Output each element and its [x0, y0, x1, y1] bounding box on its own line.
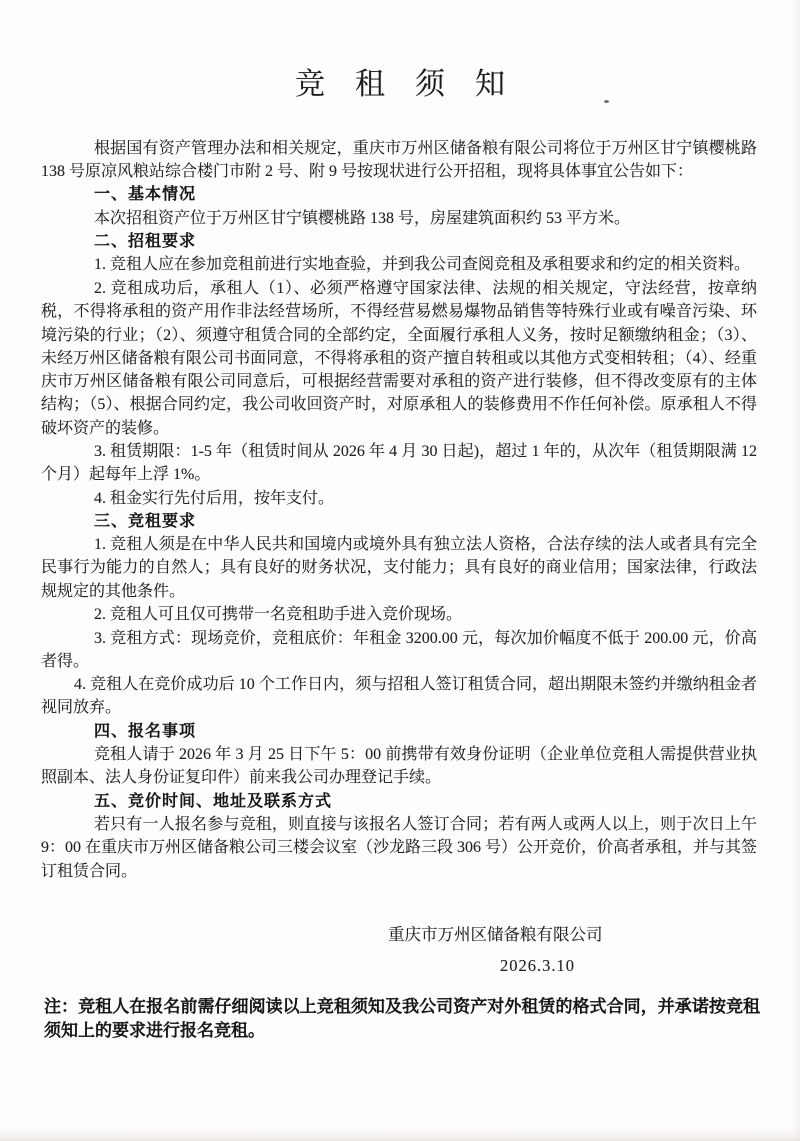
section-heading-registration: 四、报名事项: [41, 720, 757, 743]
section-heading-basic-info: 一、基本情况: [41, 183, 757, 206]
document-page: 竞租须知 根据国有资产管理办法和相关规定，重庆市万州区储备粮有限公司将位于万州区…: [0, 0, 800, 1141]
section-heading-bidder-requirements: 三、竞租要求: [41, 510, 757, 533]
section-heading-bidding-time-address: 五、竞价时间、地址及联系方式: [41, 790, 757, 813]
paragraph-bidder-qualification: 1. 竞租人须是在中华人民共和国境内或境外具有独立法人资格，合法存续的法人或者具…: [41, 533, 757, 603]
scan-edge-shadow-right: [792, 0, 800, 1141]
footer-note: 注：竞租人在报名前需仔细阅读以上竞租须知及我公司资产对外租赁的格式合同，并承诺按…: [44, 995, 760, 1042]
paragraph-tenant-obligations: 2. 竞租成功后，承租人（1）、必须严格遵守国家法律、法规的相关规定，守法经营，…: [41, 277, 757, 440]
paragraph-bidding-procedure: 若只有一人报名参与竞租，则直接与该报名人签订合同；若有两人或两人以上，则于次日上…: [41, 813, 757, 883]
paragraph-bidding-method: 3. 竞租方式：现场竞价，竞租底价：年租金 3200.00 元，每次加价幅度不低…: [41, 627, 757, 674]
paragraph-site-inspection: 1. 竞租人应在参加竞租前进行实地查验，并到我公司查阅竞租及承租要求和约定的相关…: [41, 253, 757, 276]
intro-paragraph: 根据国有资产管理办法和相关规定，重庆市万州区储备粮有限公司将位于万州区甘宁镇樱桃…: [41, 137, 757, 184]
paragraph-contract-signing-deadline: 4. 竞租人在竞价成功后 10 个工作日内，须与招租人签订租赁合同，超出期限未签…: [41, 673, 757, 720]
scan-dot-artifact: [604, 100, 609, 103]
signature-date: 2026.3.10: [500, 955, 575, 977]
paragraph-asset-location: 本次招租资产位于万州区甘宁镇樱桃路 138 号，房屋建筑面积约 53 平方米。: [41, 207, 757, 230]
paragraph-bidder-assistant: 2. 竞租人可且仅可携带一名竞租助手进入竞价现场。: [41, 603, 757, 626]
paragraph-registration-instructions: 竞租人请于 2026 年 3 月 25 日下午 5：00 前携带有效身份证明（企…: [41, 743, 757, 790]
paragraph-lease-term: 3. 租赁期限：1-5 年（租赁时间从 2026 年 4 月 30 日起)，超过…: [41, 440, 757, 487]
paragraph-rent-payment: 4. 租金实行先付后用，按年支付。: [41, 487, 757, 510]
section-heading-leasing-requirements: 二、招租要求: [41, 230, 757, 253]
page-title: 竞租须知: [0, 66, 800, 104]
signature-company: 重庆市万州区储备粮有限公司: [388, 924, 603, 946]
scan-edge-shadow-bottom: [0, 1127, 800, 1141]
